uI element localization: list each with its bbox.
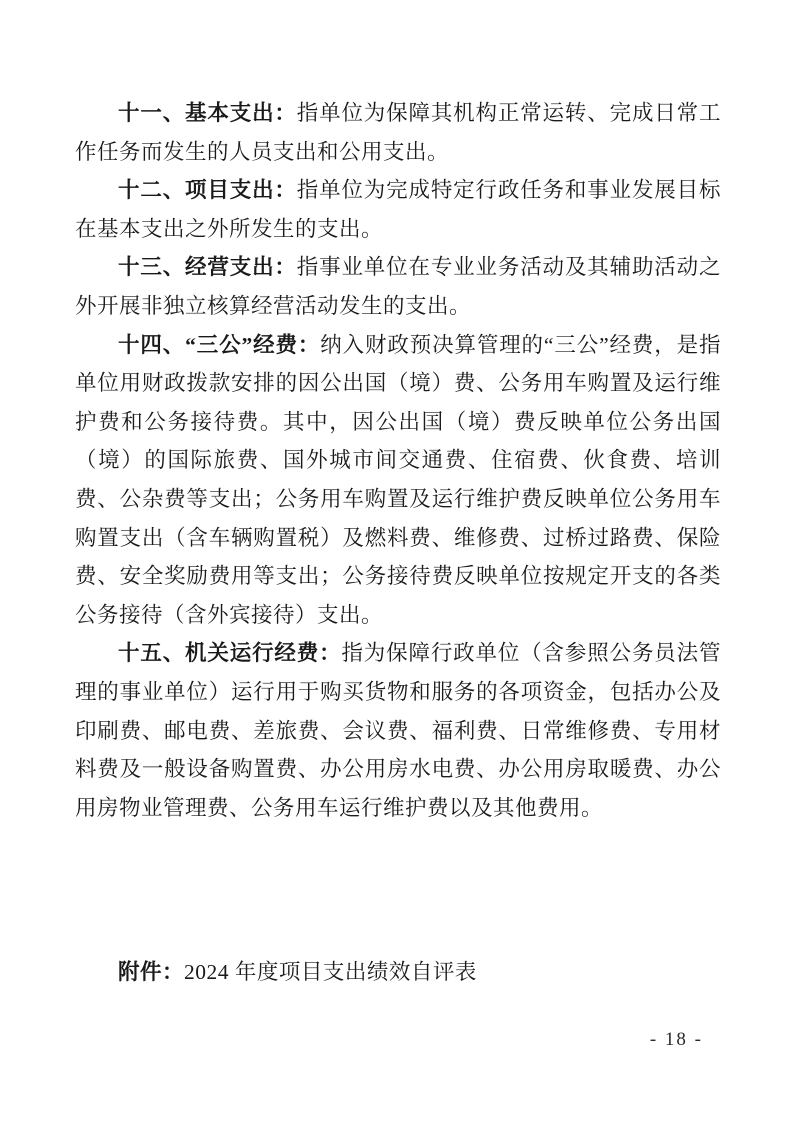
attachment-line: 附件：2024 年度项目支出绩效自评表 bbox=[75, 953, 721, 992]
paragraph-text: 纳入财政预决算管理的“三公”经费，是指单位用财政拨款安排的因公出国（境）费、公务… bbox=[75, 333, 721, 627]
paragraph-lead: 十四、“三公”经费： bbox=[118, 333, 320, 357]
definition-paragraph-12: 十二、项目支出：指单位为完成特定行政任务和事业发展目标在基本支出之外所发生的支出… bbox=[75, 171, 721, 248]
page-number: - 18 - bbox=[650, 1028, 703, 1052]
attachment-label: 附件： bbox=[118, 960, 184, 984]
definition-paragraph-14: 十四、“三公”经费：纳入财政预决算管理的“三公”经费，是指单位用财政拨款安排的因… bbox=[75, 326, 721, 635]
paragraph-lead: 十二、项目支出： bbox=[118, 178, 297, 202]
document-body: 十一、基本支出：指单位为保障其机构正常运转、完成日常工作任务而发生的人员支出和公… bbox=[75, 94, 721, 992]
paragraph-lead: 十五、机关运行经费： bbox=[118, 641, 341, 665]
definition-paragraph-11: 十一、基本支出：指单位为保障其机构正常运转、完成日常工作任务而发生的人员支出和公… bbox=[75, 94, 721, 171]
paragraph-lead: 十一、基本支出： bbox=[118, 101, 297, 125]
paragraph-lead: 十三、经营支出： bbox=[118, 255, 297, 279]
document-page: 十一、基本支出：指单位为保障其机构正常运转、完成日常工作任务而发生的人员支出和公… bbox=[0, 0, 793, 1122]
paragraph-text: 指为保障行政单位（含参照公务员法管理的事业单位）运行用于购买货物和服务的各项资金… bbox=[75, 641, 721, 819]
definition-paragraph-15: 十五、机关运行经费：指为保障行政单位（含参照公务员法管理的事业单位）运行用于购买… bbox=[75, 634, 721, 827]
attachment-text: 2024 年度项目支出绩效自评表 bbox=[184, 960, 477, 984]
definition-paragraph-13: 十三、经营支出：指事业单位在专业业务活动及其辅助活动之外开展非独立核算经营活动发… bbox=[75, 248, 721, 325]
